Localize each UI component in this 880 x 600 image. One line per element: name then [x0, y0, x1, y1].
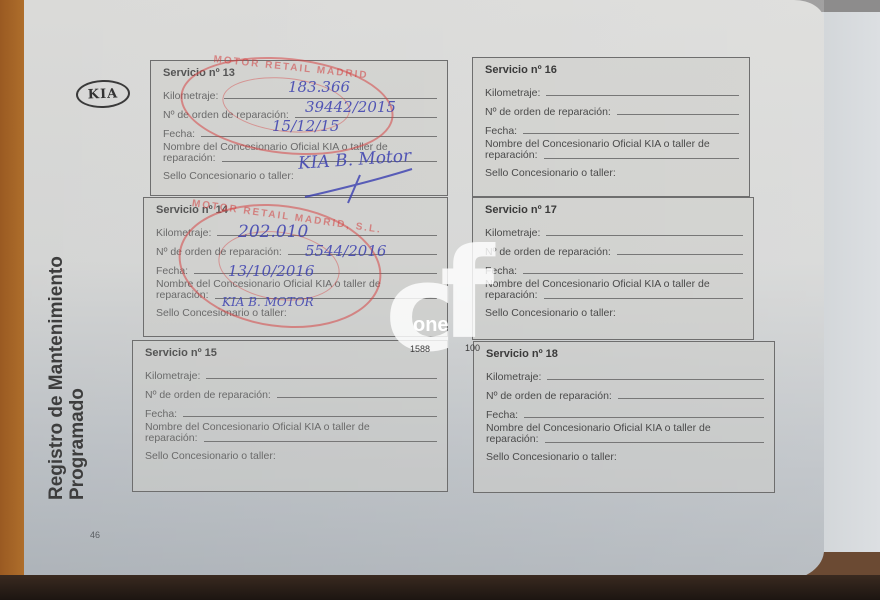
service-box-16: Servicio nº 16 Kilometraje: Nº de orden …	[472, 57, 750, 197]
stamp-label: Sello Concesionario o taller:	[486, 451, 764, 463]
dealer-field[interactable]: Nombre del Concesionario Oficial KIA o t…	[485, 279, 743, 301]
date-line	[524, 416, 764, 418]
date-label: Fecha:	[486, 409, 518, 421]
dealer-label-2: reparación:	[163, 153, 216, 164]
watermark-logo: c f one 1588 100	[385, 240, 505, 365]
km-label: Kilometraje:	[485, 87, 540, 99]
logo-text: KIA	[88, 86, 119, 102]
dealer-label-2: reparación:	[486, 434, 539, 445]
handwritten-order-13: 39442/2015	[305, 98, 396, 116]
order-label: Nº de orden de reparación:	[145, 389, 271, 401]
handwritten-dealer-14: KIA B. MOTOR	[222, 295, 314, 309]
service-title: Servicio nº 18	[486, 348, 764, 360]
dealer-label-2: reparación:	[485, 150, 538, 161]
watermark-number-right: 100	[465, 343, 480, 353]
handwritten-km-14: 202.010	[238, 222, 308, 242]
date-field[interactable]: Fecha:	[486, 402, 764, 421]
order-line	[617, 253, 743, 255]
date-line	[523, 132, 739, 134]
handwritten-date-13: 15/12/15	[272, 117, 339, 135]
handwritten-date-14: 13/10/2016	[228, 262, 314, 280]
dealer-field[interactable]: Nombre del Concesionario Oficial KIA o t…	[486, 423, 764, 445]
page-title-line-1: Registro de Mantenimiento	[46, 256, 67, 500]
dealer-line	[544, 158, 739, 159]
order-label: Nº de orden de reparación:	[486, 390, 612, 402]
date-label: Fecha:	[145, 408, 177, 420]
km-field[interactable]: Kilometraje:	[486, 364, 764, 383]
date-label: Fecha:	[163, 128, 195, 140]
order-field[interactable]: Nº de orden de reparación:	[485, 99, 739, 118]
handwritten-km-13: 183.366	[288, 78, 350, 96]
km-line	[546, 234, 743, 236]
date-line	[183, 415, 437, 417]
order-line	[617, 113, 739, 115]
order-label: Nº de orden de reparación:	[485, 106, 611, 118]
service-box-17: Servicio nº 17 Kilometraje: Nº de orden …	[472, 197, 754, 340]
handwritten-order-14: 5544/2016	[305, 242, 386, 260]
page-number: 46	[90, 530, 100, 540]
km-label: Kilometraje:	[486, 371, 541, 383]
order-line	[618, 397, 764, 399]
stamp-label: Sello Concesionario o taller:	[145, 450, 437, 462]
date-field[interactable]: Fecha:	[485, 118, 739, 137]
service-title: Servicio nº 16	[485, 64, 739, 76]
page-title: Registro de Mantenimiento Programado	[46, 256, 88, 500]
signature-13	[300, 165, 420, 205]
watermark-number-left: 1588	[410, 344, 430, 354]
km-line	[546, 94, 739, 96]
page-title-line-2: Programado	[67, 256, 88, 500]
km-field[interactable]: Kilometraje:	[485, 80, 739, 99]
dealer-line	[204, 441, 437, 442]
dealer-field[interactable]: Nombre del Concesionario Oficial KIA o t…	[145, 422, 437, 444]
dealer-line	[544, 298, 743, 299]
order-field[interactable]: Nº de orden de reparación:	[486, 383, 764, 402]
km-line	[547, 378, 764, 380]
desk-bottom	[0, 575, 880, 600]
watermark-word: one	[413, 314, 449, 337]
dealer-label-2: reparación:	[145, 433, 198, 444]
order-field[interactable]: Nº de orden de reparación:	[485, 239, 743, 258]
date-field[interactable]: Fecha:	[145, 401, 437, 420]
order-field[interactable]: Nº de orden de reparación:	[145, 382, 437, 401]
date-label: Fecha:	[485, 125, 517, 137]
dealer-field[interactable]: Nombre del Concesionario Oficial KIA o t…	[485, 139, 739, 161]
desk-background	[0, 0, 26, 600]
order-line	[277, 396, 437, 398]
dealer-line	[545, 442, 764, 443]
km-field[interactable]: Kilometraje:	[485, 220, 743, 239]
date-line	[523, 272, 743, 274]
date-field[interactable]: Fecha:	[485, 258, 743, 277]
km-label: Kilometraje:	[145, 370, 200, 382]
stamp-label: Sello Concesionario o taller:	[485, 307, 743, 319]
service-title: Servicio nº 17	[485, 204, 743, 216]
service-box-18: Servicio nº 18 Kilometraje: Nº de orden …	[473, 341, 775, 493]
stamp-label: Sello Concesionario o taller:	[485, 167, 739, 179]
